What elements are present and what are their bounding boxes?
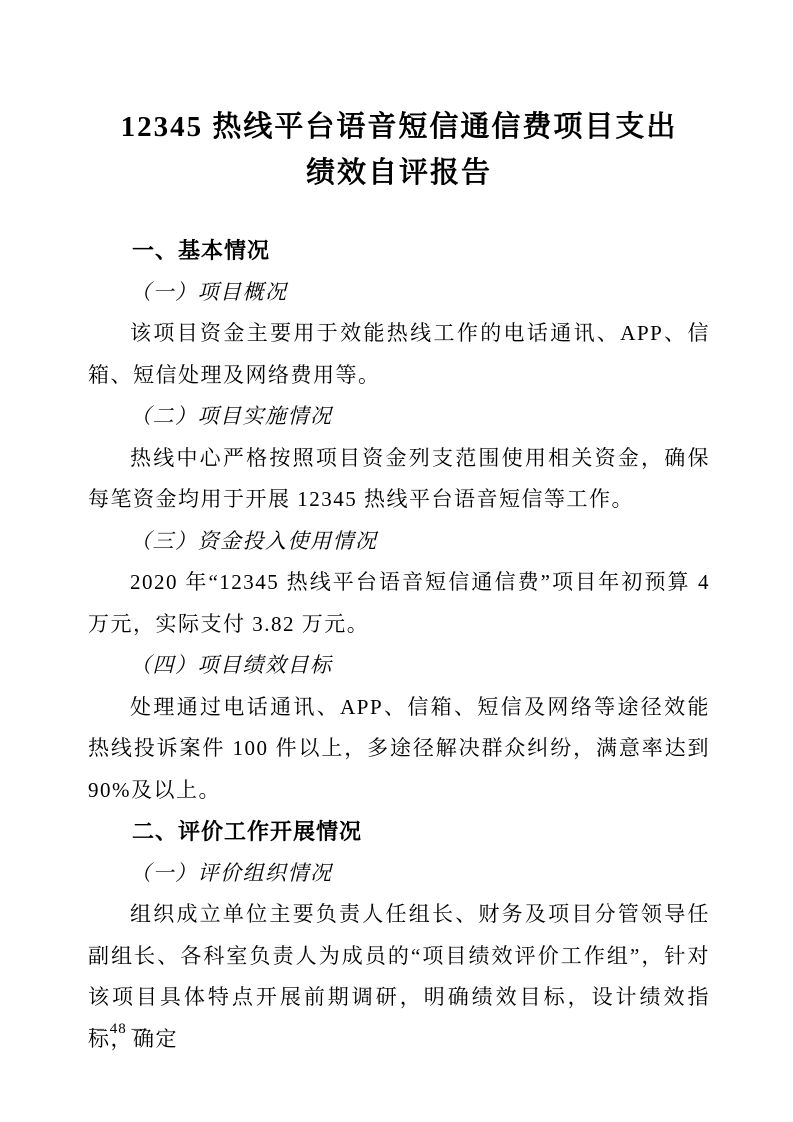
document-title-line-1: 12345 热线平台语音短信通信费项目支出 — [88, 104, 710, 150]
page-number: — 48 — — [89, 1021, 148, 1038]
body-paragraph: 2020 年“12345 热线平台语音短信通信费”项目年初预算 4 万元，实际支… — [88, 562, 710, 645]
body-paragraph: 该项目资金主要用于效能热线工作的电话通讯、APP、信箱、短信处理及网络费用等。 — [88, 313, 710, 396]
section-heading-basic-situation: 一、基本情况 — [88, 230, 710, 272]
sub-heading-project-implementation: （二）项目实施情况 — [88, 396, 710, 438]
body-paragraph: 热线中心严格按照项目资金列支范围使用相关资金，确保每笔资金均用于开展 12345… — [88, 438, 710, 521]
document-page: 12345 热线平台语音短信通信费项目支出 绩效自评报告 一、基本情况 （一）项… — [0, 0, 793, 1122]
sub-heading-evaluation-organization: （一）评价组织情况 — [88, 853, 710, 895]
document-body: 一、基本情况 （一）项目概况 该项目资金主要用于效能热线工作的电话通讯、APP、… — [88, 230, 710, 1060]
document-title: 12345 热线平台语音短信通信费项目支出 绩效自评报告 — [88, 104, 710, 196]
document-title-line-2: 绩效自评报告 — [88, 150, 710, 196]
body-paragraph: 处理通过电话通讯、APP、信箱、短信及网络等途径效能热线投诉案件 100 件以上… — [88, 687, 710, 812]
sub-heading-fund-usage: （三）资金投入使用情况 — [88, 521, 710, 563]
section-heading-evaluation-work: 二、评价工作开展情况 — [88, 811, 710, 853]
body-paragraph: 组织成立单位主要负责人任组长、财务及项目分管领导任副组长、各科室负责人为成员的“… — [88, 894, 710, 1060]
sub-heading-performance-goals: （四）项目绩效目标 — [88, 645, 710, 687]
sub-heading-project-overview: （一）项目概况 — [88, 272, 710, 314]
